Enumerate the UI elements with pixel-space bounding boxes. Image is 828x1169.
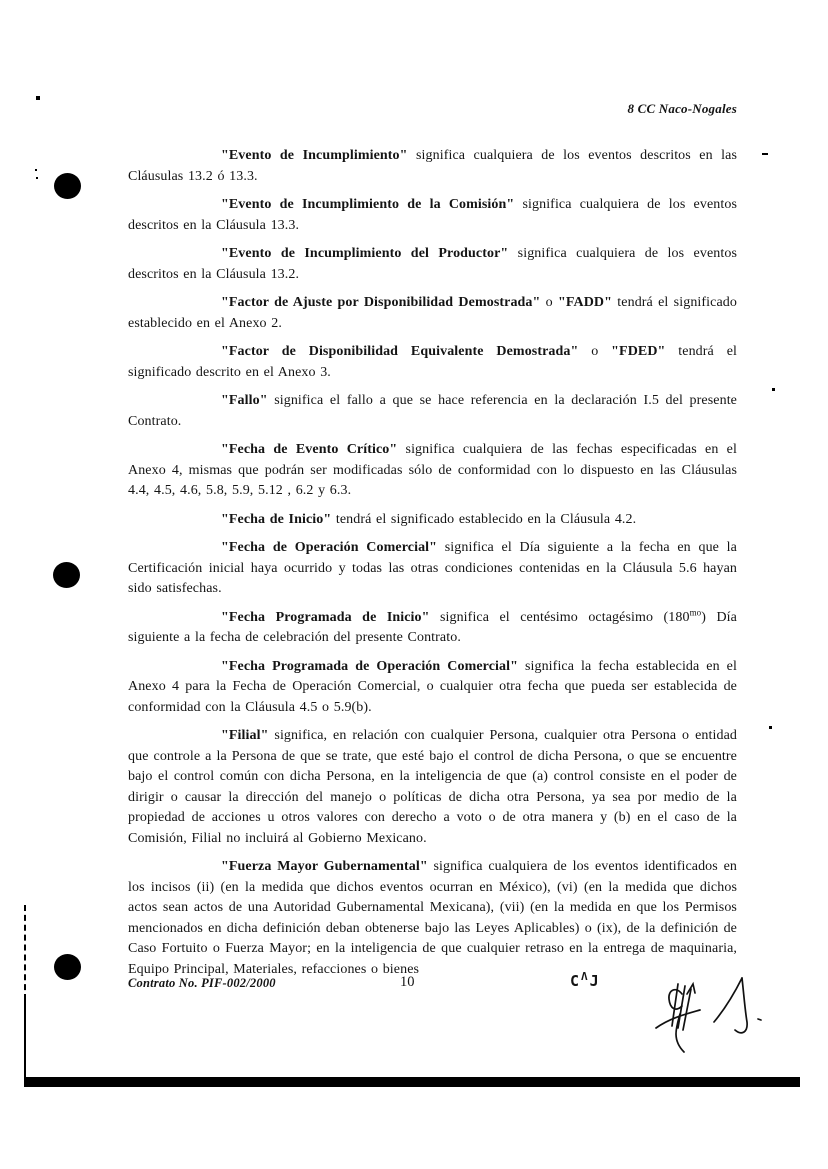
definition-term: "Fecha de Inicio"	[221, 512, 331, 527]
signature-scribble	[638, 964, 788, 1064]
scanned-contract-page: 8 CC Naco-Nogales "Evento de Incumplimie…	[0, 0, 828, 1169]
definition-term: "Fecha Programada de Operación Comercial…	[221, 659, 518, 674]
definition-term: "Filial"	[221, 728, 268, 743]
definition-term: "Fallo"	[221, 393, 268, 408]
handwritten-initial-left: C	[570, 972, 581, 990]
definition-paragraph: "Fallo" significa el fallo a que se hace…	[128, 391, 737, 432]
hole-punch-mark	[54, 954, 81, 980]
scan-speck	[769, 726, 772, 729]
definition-paragraph: "Evento de Incumplimiento de la Comisión…	[128, 195, 737, 236]
scan-speck	[772, 388, 775, 391]
definition-text: significa cualquiera de los eventos desc…	[128, 148, 737, 184]
definition-paragraph: "Fecha Programada de Operación Comercial…	[128, 657, 737, 719]
definition-text: mo	[690, 607, 702, 617]
scan-speck	[36, 177, 38, 179]
definition-term: "Fecha Programada de Inicio"	[221, 610, 430, 625]
scan-speck	[35, 169, 37, 171]
definition-term: "Fecha de Operación Comercial"	[221, 540, 437, 555]
definition-paragraph: "Evento de Incumplimiento" significa cua…	[128, 146, 737, 187]
handwritten-initial-sup: Λ	[581, 970, 590, 983]
definition-term: "Evento de Incumplimiento"	[221, 148, 408, 163]
definition-text: significa cualquiera de los eventos iden…	[128, 859, 737, 977]
definition-term: "Factor de Ajuste por Disponibilidad Dem…	[221, 295, 540, 310]
definition-term: "Fuerza Mayor Gubernamental"	[221, 859, 428, 874]
scan-edge-line-dashed	[24, 905, 26, 1000]
footer-contract-number: Contrato No. PIF-002/2000	[128, 976, 276, 991]
scan-speck	[762, 153, 768, 155]
hole-punch-mark	[54, 173, 81, 199]
hole-punch-mark	[53, 562, 80, 588]
scan-bottom-bar	[24, 1077, 800, 1087]
definition-paragraph: "Factor de Disponibilidad Equivalente De…	[128, 342, 737, 383]
definition-text: tendrá el significado establecido en la …	[331, 512, 636, 527]
definition-term: "Fecha de Evento Crítico"	[221, 442, 397, 457]
definition-term: "FADD"	[558, 295, 612, 310]
definition-term: "Factor de Disponibilidad Equivalente De…	[221, 344, 578, 359]
definition-text: significa cualquiera de las fechas espec…	[128, 442, 737, 498]
definition-paragraph: "Fecha de Operación Comercial" significa…	[128, 538, 737, 600]
definition-paragraph: "Filial" significa, en relación con cual…	[128, 726, 737, 849]
definitions: "Evento de Incumplimiento" significa cua…	[128, 146, 737, 988]
definition-term: "FDED"	[611, 344, 665, 359]
definition-paragraph: "Evento de Incumplimiento del Productor"…	[128, 244, 737, 285]
page-header-reference: 8 CC Naco-Nogales	[128, 101, 737, 117]
definition-paragraph: "Fecha Programada de Inicio" significa e…	[128, 608, 737, 649]
definition-paragraph: "Factor de Ajuste por Disponibilidad Dem…	[128, 293, 737, 334]
definition-paragraph: "Fuerza Mayor Gubernamental" significa c…	[128, 857, 737, 980]
definition-paragraph: "Fecha de Evento Crítico" significa cual…	[128, 440, 737, 502]
definition-paragraph: "Fecha de Inicio" tendrá el significado …	[128, 510, 737, 531]
definition-text: significa el centésimo octagésimo (180	[430, 610, 690, 625]
handwritten-initials: CΛJ	[570, 970, 601, 990]
definition-text: o	[578, 344, 611, 359]
scan-edge-line-solid	[24, 1000, 26, 1078]
page-number: 10	[400, 974, 415, 991]
definition-text: o	[540, 295, 558, 310]
handwritten-initial-right: J	[590, 972, 601, 990]
definition-text: significa, en relación con cualquier Per…	[128, 728, 737, 846]
definition-text: significa el fallo a que se hace referen…	[128, 393, 737, 429]
scan-speck	[36, 96, 40, 100]
definition-term: "Evento de Incumplimiento de la Comisión…	[221, 197, 514, 212]
definition-term: "Evento de Incumplimiento del Productor"	[221, 246, 508, 261]
